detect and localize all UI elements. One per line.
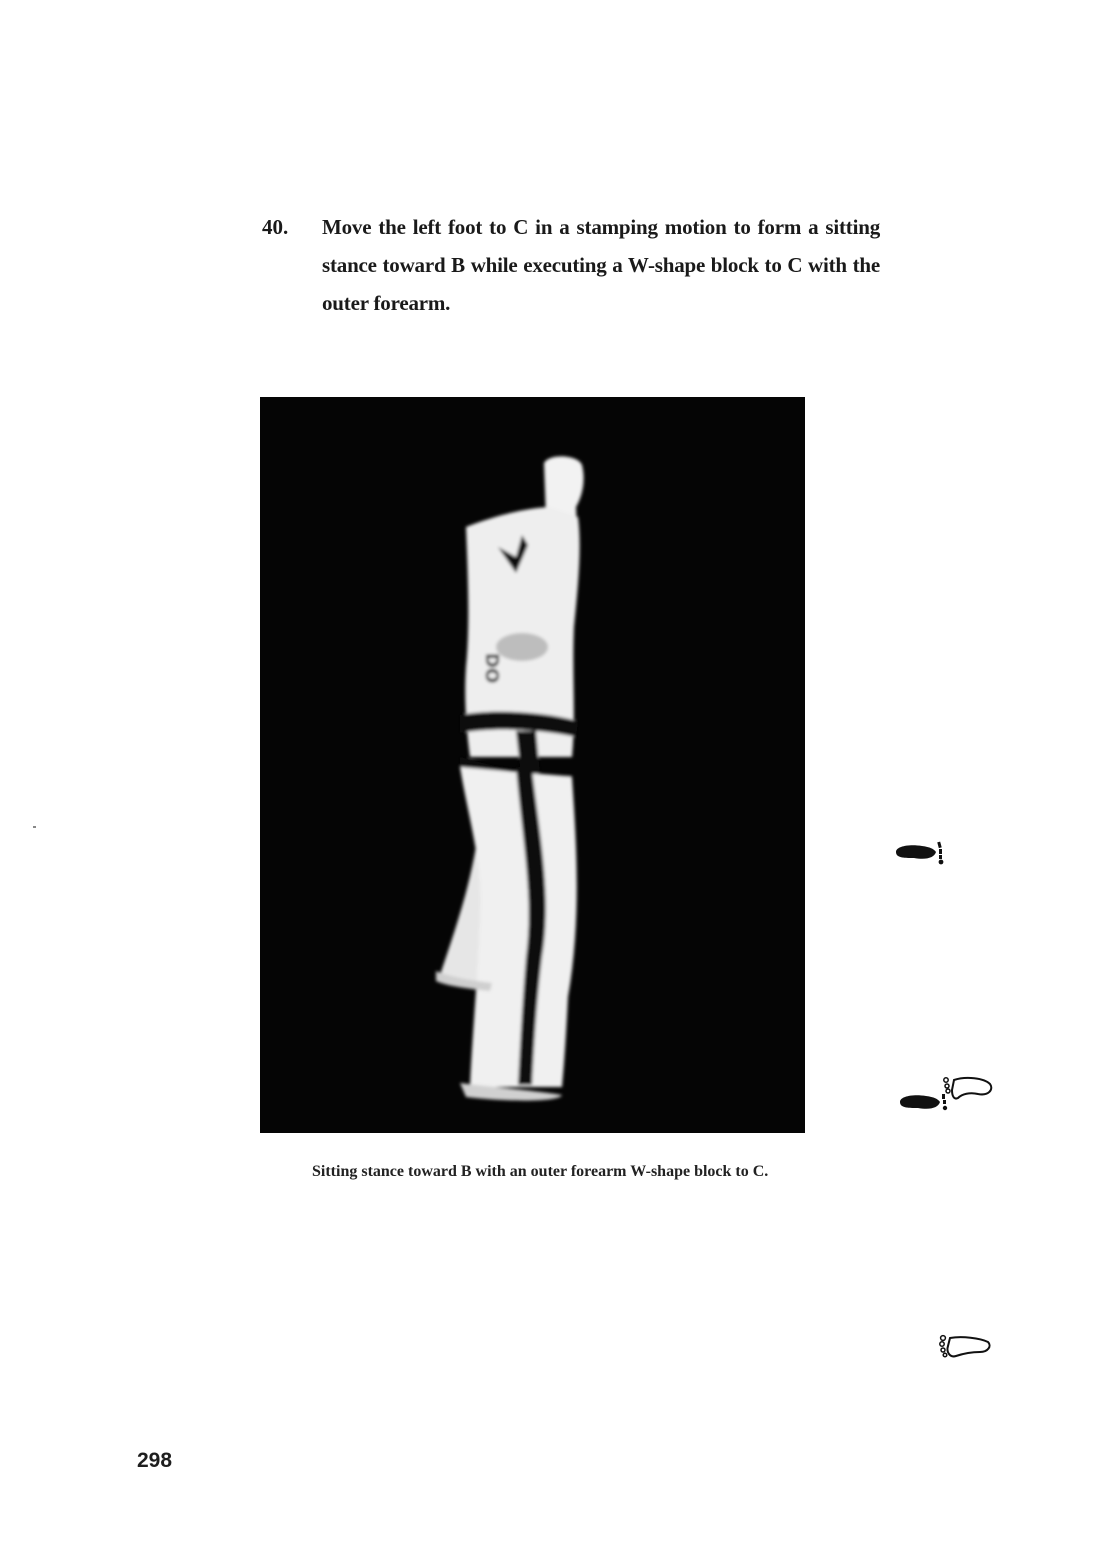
martial-artist-figure: DO	[260, 397, 805, 1133]
footprint-outline-icon	[936, 1330, 996, 1362]
svg-text:DO: DO	[481, 653, 502, 683]
page-number: 298	[137, 1449, 172, 1473]
technique-photo: DO	[260, 397, 805, 1133]
footprint-solid-and-outline-icon	[896, 1072, 996, 1116]
step-number: 40.	[262, 208, 322, 322]
step-instruction: 40. Move the left foot to C in a stampin…	[262, 208, 882, 322]
photo-caption: Sitting stance toward B with an outer fo…	[312, 1158, 772, 1185]
footprint-solid-side-icon	[892, 836, 952, 872]
step-text: Move the left foot to C in a stamping mo…	[322, 208, 880, 322]
scan-speck	[33, 826, 36, 828]
